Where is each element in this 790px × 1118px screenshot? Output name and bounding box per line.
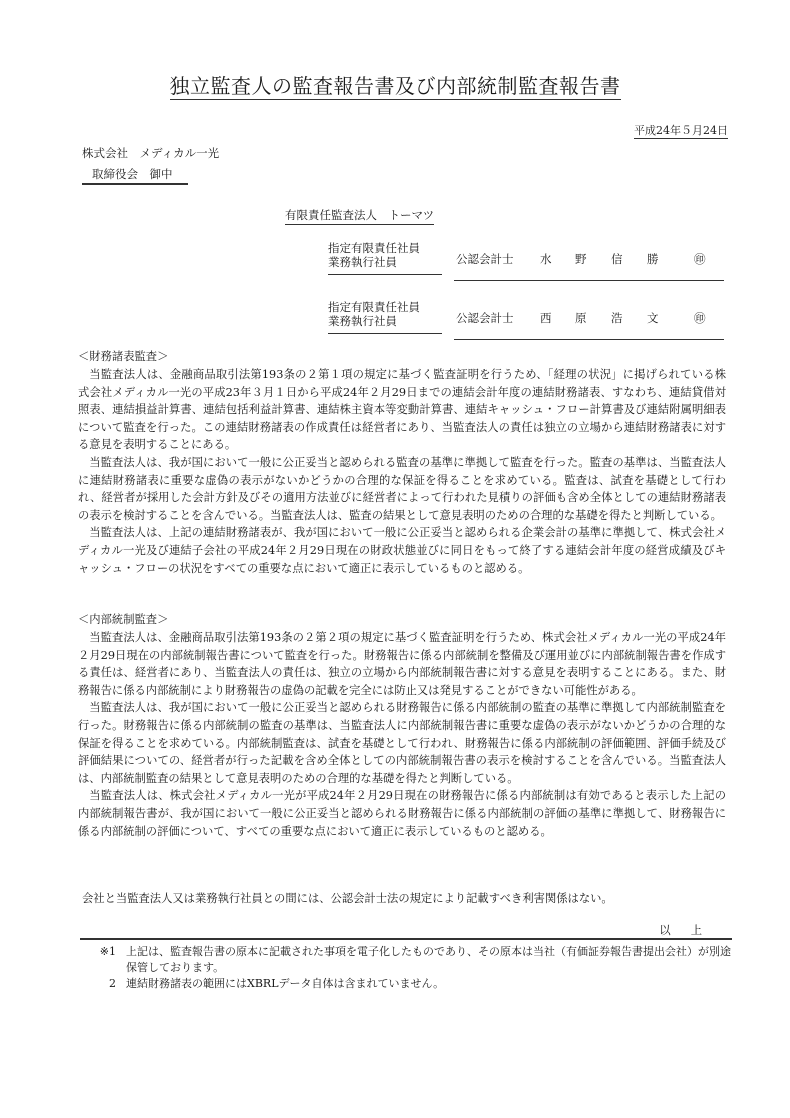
conflict-statement: 会社と当監査法人又は業務執行社員との間には、公認会計士法の規定により記載すべき利… [82,890,613,906]
divider [80,938,732,940]
name-char: 文 [647,310,659,326]
cpa-title: 公認会計士 [456,310,514,326]
paragraph: 当監査法人は、我が国において一般に公正妥当と認められる財務報告に係る内部統制の監… [78,699,726,787]
name-char: 信 [611,251,623,267]
document-title: 独立監査人の監査報告書及び内部統制監査報告書 [0,70,790,99]
paragraph: 当監査法人は、金融商品取引法第193条の２第２項の規定に基づく監査証明を行うため… [78,629,726,699]
internal-control-audit-body: 当監査法人は、金融商品取引法第193条の２第２項の規定に基づく監査証明を行うため… [78,629,726,840]
name-char: 浩 [611,310,623,326]
addressee-company: 株式会社 メディカル一光 [82,145,219,161]
title-text: 独立監査人の監査報告書及び内部統制監査報告書 [170,74,621,100]
end-mark: 以上 [659,922,722,938]
name-char: 原 [575,310,587,326]
section-heading-financial-audit: ＜財務諸表監査＞ [78,348,168,364]
paragraph: 当監査法人は、金融商品取引法第193条の２第１項の規定に基づく監査証明を行うため… [78,366,726,454]
footnote-text: 上記は、監査報告書の原本に記載された事項を電子化したものであり、その原本は当社（… [126,944,732,976]
cpa-title: 公認会計士 [456,251,514,267]
seal-icon: ㊞ [694,251,706,267]
footnote-marker: ※1 [92,944,126,976]
addressee-board: 取締役会 御中 [82,166,188,185]
footnote: ※1 上記は、監査報告書の原本に記載された事項を電子化したものであり、その原本は… [92,944,732,976]
footnote: 2 連結財務諸表の範囲にはXBRLデータ自体は含まれていません。 [92,976,732,992]
role-line: 指定有限責任社員 [328,300,442,314]
seal-icon: ㊞ [694,310,706,326]
name-char: 水 [540,251,552,267]
name-char: 勝 [647,251,659,267]
signatory-role: 指定有限責任社員 業務執行社員 [328,241,442,275]
signatory-name-block: 公認会計士 西 原 浩 文 ㊞ [454,299,724,340]
paragraph: 当監査法人は、株式会社メディカル一光が平成24年２月29日現在の財務報告に係る内… [78,787,726,840]
name-char: 西 [540,310,552,326]
signatory-name-block: 公認会計士 水 野 信 勝 ㊞ [454,240,724,281]
financial-audit-body: 当監査法人は、金融商品取引法第193条の２第１項の規定に基づく監査証明を行うため… [78,366,726,577]
report-date: 平成24年５月24日 [634,122,728,139]
footnote-marker: 2 [92,976,126,992]
name-char: 野 [575,251,587,267]
audit-firm-name: 有限責任監査法人 トーマツ [285,207,434,225]
footnote-text: 連結財務諸表の範囲にはXBRLデータ自体は含まれていません。 [126,976,732,992]
paragraph: 当監査法人は、我が国において一般に公正妥当と認められる監査の基準に準拠して監査を… [78,454,726,524]
role-line: 指定有限責任社員 [328,241,442,255]
section-heading-internal-control-audit: ＜内部統制監査＞ [78,611,168,627]
paragraph: 当監査法人は、上記の連結財務諸表が、我が国において一般に公正妥当と認められる企業… [78,524,726,577]
footnotes: ※1 上記は、監査報告書の原本に記載された事項を電子化したものであり、その原本は… [92,944,732,992]
role-line: 業務執行社員 [328,314,442,328]
role-line: 業務執行社員 [328,255,442,269]
signatory-role: 指定有限責任社員 業務執行社員 [328,300,442,334]
